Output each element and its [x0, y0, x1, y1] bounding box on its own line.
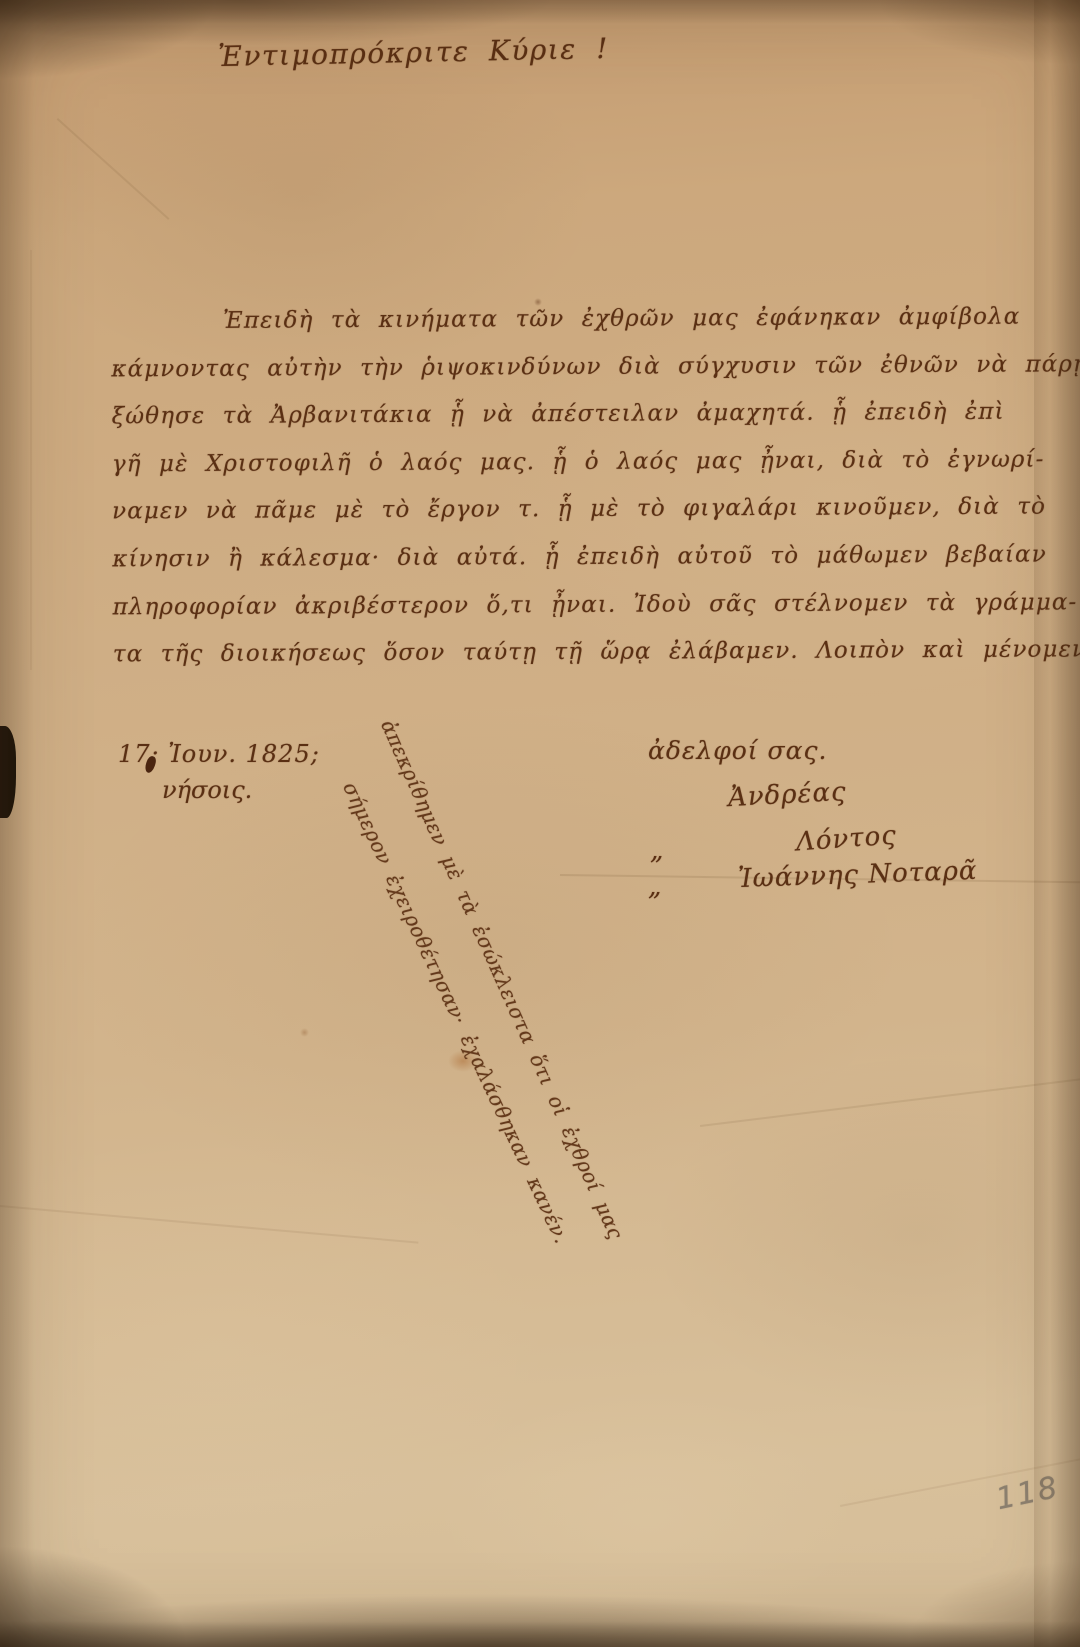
ditto-mark: „ [650, 836, 663, 866]
ink-blot [0, 726, 16, 818]
diagonal-note-line: ἀπεκρίθημεν μὲ τὰ ἐσώκλειστα ὅτι οἱ ἐχθρ… [376, 716, 658, 1310]
letter-body: Ἐπειδὴ τὰ κινήματα τῶν ἐχθρῶν μας ἐφάνηκ… [111, 294, 1029, 680]
body-line: Ἐπειδὴ τὰ κινήματα τῶν ἐχθρῶν μας ἐφάνηκ… [111, 294, 1027, 346]
closing: ἀδελφοί σας. [648, 736, 827, 765]
body-line: πληροφορίαν ἀκριβέστερον ὅ,τι ᾖναι. Ἰδοὺ… [113, 579, 1029, 631]
crease [0, 1205, 418, 1244]
photo-vignette [0, 0, 1080, 1647]
signature-name: Λόντος [795, 821, 898, 858]
body-line: κίνησιν ἢ κάλεσμα· διὰ αὐτά. ᾗ ἐπειδὴ αὐ… [112, 532, 1028, 584]
date-line: 17: Ἰουν. 1825; [118, 740, 320, 768]
body-line: κάμνοντας αὐτὴν τὴν ῥιψοκινδύνων διὰ σύγ… [111, 341, 1027, 393]
signature-name: Ἰωάννης Νοταρᾶ [738, 856, 978, 894]
crease [30, 250, 32, 670]
paper-texture [0, 0, 1080, 1647]
page-fold [1034, 0, 1080, 1647]
body-line: ναμεν νὰ πᾶμε μὲ τὸ ἔργον τ. ᾗ μὲ τὸ φιγ… [112, 484, 1028, 536]
diagonal-note-line: σήμερον ἐχειροθέτησαν· ἐχαλάσθηκαν κανέν… [338, 778, 605, 1314]
body-line: τα τῆς διοικήσεως ὅσον ταύτῃ τῇ ὥρᾳ ἐλάβ… [113, 627, 1029, 679]
crease [57, 118, 170, 220]
signature-name: Ἀνδρέας [727, 777, 847, 813]
crease [700, 1077, 1080, 1127]
page-number: 118 [993, 1470, 1062, 1517]
salutation: Ἐντιμοπρόκριτε Κύριε ! [218, 32, 610, 73]
stain [300, 1028, 309, 1037]
place-line: νήσοις. [162, 776, 252, 804]
letter-page: Ἐντιμοπρόκριτε Κύριε ! Ἐπειδὴ τὰ κινήματ… [0, 0, 1080, 1647]
body-line: ξώθησε τὰ Ἀρβανιτάκια ᾗ νὰ ἀπέστειλαν ἀμ… [112, 389, 1028, 441]
ditto-mark: „ [648, 872, 661, 902]
body-line: γῆ μὲ Χριστοφιλῆ ὁ λαός μας. ᾗ ὁ λαός μα… [112, 436, 1028, 488]
